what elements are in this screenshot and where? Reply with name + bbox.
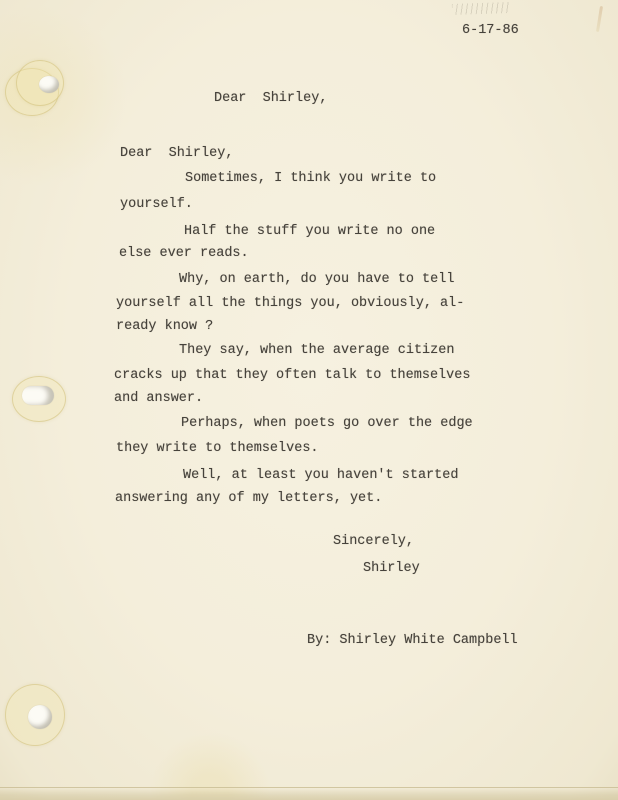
salutation-top: Dear Shirley, xyxy=(214,91,327,106)
body-line: yourself all the things you, obviously, … xyxy=(116,296,464,311)
body-line: Why, on earth, do you have to tell xyxy=(179,272,454,287)
byline: By: Shirley White Campbell xyxy=(307,633,518,648)
punched-hole xyxy=(28,705,52,729)
body-line: cracks up that they often talk to themse… xyxy=(114,368,470,383)
body-line: Half the stuff you write no one xyxy=(184,224,435,239)
body-line: Well, at least you haven't started xyxy=(183,468,458,483)
body-line: Perhaps, when poets go over the edge xyxy=(181,416,473,431)
body-line: and answer. xyxy=(114,391,203,406)
corner-ink-mark xyxy=(596,6,603,32)
salutation: Dear Shirley, xyxy=(120,146,233,161)
letter-paper: 6-17-86Dear Shirley,Dear Shirley,Sometim… xyxy=(0,0,618,800)
page-bottom-edge xyxy=(0,787,618,800)
punched-hole xyxy=(22,386,54,405)
body-line: they write to themselves. xyxy=(116,441,319,456)
punched-hole xyxy=(39,76,59,93)
body-line: Sometimes, I think you write to xyxy=(185,171,436,186)
scanned-letter-page: { "colors": { "paper": "#f4eedb", "ink":… xyxy=(0,0,618,800)
body-line: answering any of my letters, yet. xyxy=(115,491,382,506)
body-line: else ever reads. xyxy=(119,246,249,261)
signature-line: Shirley xyxy=(363,561,420,576)
closing-line: Sincerely, xyxy=(333,534,414,549)
pencil-scribble-mark xyxy=(452,2,510,15)
body-line: yourself. xyxy=(120,197,193,212)
date-line: 6-17-86 xyxy=(462,23,519,38)
body-line: They say, when the average citizen xyxy=(179,343,454,358)
body-line: ready know ? xyxy=(116,319,213,334)
